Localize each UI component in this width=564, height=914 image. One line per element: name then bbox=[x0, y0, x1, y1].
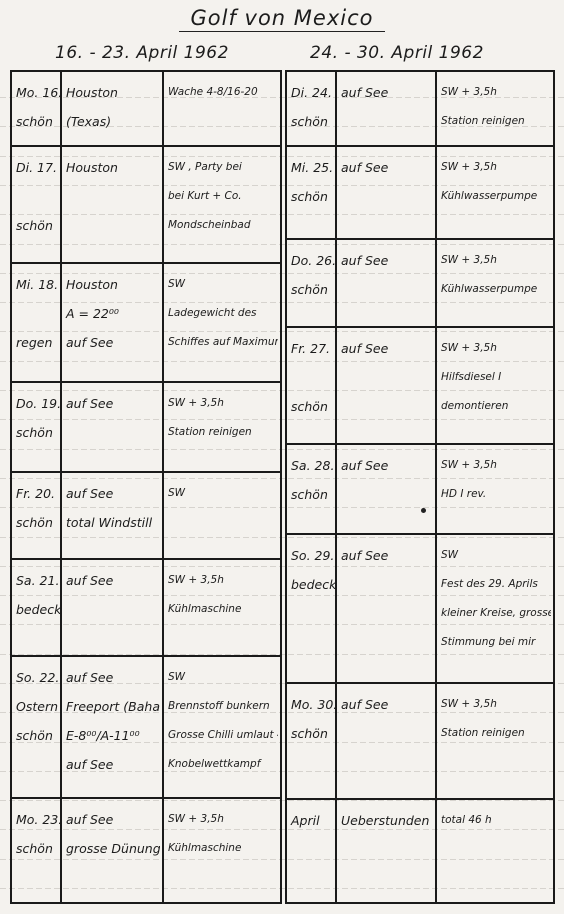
day-label: So. 29. bbox=[291, 541, 335, 570]
weather-label: schön bbox=[16, 211, 60, 240]
weather-label: schön bbox=[291, 392, 335, 421]
row-divider bbox=[10, 902, 282, 904]
day-cell: Mi. 18.regen bbox=[12, 270, 60, 381]
place-cell: auf See bbox=[337, 153, 433, 238]
notes-cell-line: SW bbox=[441, 541, 551, 570]
place-cell: auf See bbox=[62, 389, 160, 471]
notes-cell-line: Kühlwasserpumpe bbox=[441, 275, 551, 304]
column-divider bbox=[553, 70, 555, 904]
day-cell: Fr. 20.schön bbox=[12, 479, 60, 558]
notes-cell-line: bei Kurt + Co. bbox=[168, 182, 278, 211]
spacer bbox=[16, 182, 60, 211]
notes-cell: SW + 3,5hKühlwasserpumpe bbox=[437, 246, 551, 326]
place-cell: Houston bbox=[62, 153, 160, 262]
day-cell: Mi. 25.schön bbox=[287, 153, 335, 238]
place-cell-line: auf See bbox=[66, 566, 160, 595]
place-cell-line: auf See bbox=[341, 451, 433, 480]
day-cell: Mo. 23.schön bbox=[12, 805, 60, 902]
column-divider bbox=[280, 70, 282, 904]
spacer bbox=[291, 363, 335, 392]
notes-cell: SWFest des 29. Aprilskleiner Kreise, gro… bbox=[437, 541, 551, 682]
notes-cell-line: Station reinigen bbox=[441, 719, 551, 748]
place-cell-line: total Windstill bbox=[66, 508, 160, 537]
notes-cell: SWBrennstoff bunkernGrosse Chilli umlaut… bbox=[164, 663, 278, 797]
place-cell-line: E-8⁰⁰/A-11⁰⁰ bbox=[66, 721, 160, 750]
row-divider bbox=[10, 262, 282, 264]
day-label: Di. 17. bbox=[16, 153, 60, 182]
notes-cell-line: Fest des 29. Aprils bbox=[441, 570, 551, 599]
place-cell-line: auf See bbox=[341, 541, 433, 570]
day-cell: Mo. 30.schön bbox=[287, 690, 335, 798]
notes-cell-line: Knobelwettkampf bbox=[168, 750, 278, 779]
notes-cell-line: SW + 3,5h bbox=[168, 566, 278, 595]
place-cell: auf Seegrosse Dünung bbox=[62, 805, 160, 902]
row-divider bbox=[10, 381, 282, 383]
place-cell: auf See bbox=[337, 246, 433, 326]
place-cell-line: auf See bbox=[66, 389, 160, 418]
day-cell: Do. 19.schön bbox=[12, 389, 60, 471]
place-cell-line: A = 22⁰⁰ bbox=[66, 299, 160, 328]
day-cell: April bbox=[287, 806, 335, 902]
weather-label: schön bbox=[16, 418, 60, 447]
notes-cell-line: kleiner Kreise, grosse bbox=[441, 599, 551, 628]
weather-label: Ostern schön bbox=[16, 692, 56, 750]
day-cell: Fr. 27.schön bbox=[287, 334, 335, 443]
notes-cell-line: Kühlwasserpumpe bbox=[441, 182, 551, 211]
place-cell-line: auf See bbox=[341, 690, 433, 719]
weather-label: schön bbox=[291, 182, 335, 211]
notes-cell-line: SW bbox=[168, 270, 278, 299]
notes-cell-line: demontieren bbox=[441, 392, 551, 421]
place-cell: Ueberstunden bbox=[337, 806, 433, 902]
place-cell: auf See bbox=[337, 451, 433, 533]
weather-label: schön bbox=[291, 275, 335, 304]
place-cell: auf Seetotal Windstill bbox=[62, 479, 160, 558]
notes-cell-line: Mondscheinbad bbox=[168, 211, 278, 240]
notes-cell-line: Wache 4-8/16-20 bbox=[168, 78, 278, 107]
day-label: Mi. 25. bbox=[291, 153, 335, 182]
row-divider bbox=[285, 798, 555, 800]
notes-cell-line: Brennstoff bunkern bbox=[168, 692, 278, 721]
weather-label: bedeckt bbox=[16, 595, 60, 624]
place-cell: auf See bbox=[337, 78, 433, 145]
place-cell-line: auf See bbox=[341, 246, 433, 275]
weather-label: regen bbox=[16, 328, 60, 357]
notes-cell-line: Kühlmaschine bbox=[168, 834, 278, 863]
weather-label: bedeckt bbox=[291, 570, 335, 599]
notes-cell-line: SW + 3,5h bbox=[168, 805, 278, 834]
place-cell-line: auf See bbox=[66, 750, 160, 779]
day-label: Fr. 27. bbox=[291, 334, 335, 363]
day-label: Do. 26. bbox=[291, 246, 335, 275]
notes-cell-line: SW bbox=[168, 663, 278, 692]
notes-cell: SW bbox=[164, 479, 278, 558]
notes-cell-line: Kühlmaschine bbox=[168, 595, 278, 624]
notes-cell: SW + 3,5hStation reinigen bbox=[164, 389, 278, 471]
weather-label: schön bbox=[291, 719, 335, 748]
row-divider bbox=[10, 70, 282, 72]
place-cell-line: auf See bbox=[66, 663, 160, 692]
notes-cell: total 46 h bbox=[437, 806, 551, 902]
row-divider bbox=[285, 70, 555, 72]
place-cell: auf See bbox=[337, 541, 433, 682]
notes-cell-line: SW + 3,5h bbox=[441, 451, 551, 480]
day-label: Mi. 18. bbox=[16, 270, 60, 299]
place-cell: auf See bbox=[337, 334, 433, 443]
notes-cell-line: Station reinigen bbox=[168, 418, 278, 447]
place-cell-line: Houston bbox=[66, 78, 160, 107]
notes-cell-line: HD I rev. bbox=[441, 480, 551, 509]
notes-cell-line: SW + 3,5h bbox=[441, 690, 551, 719]
day-cell: Mo. 16.schön bbox=[12, 78, 60, 145]
page-title: Golf von Mexico bbox=[0, 6, 564, 30]
day-label: Mo. 16. bbox=[16, 78, 60, 107]
row-divider bbox=[285, 326, 555, 328]
notes-cell-line: Schiffes auf Maximum bbox=[168, 328, 278, 357]
day-label: April bbox=[291, 806, 335, 835]
notes-cell-line: total 46 h bbox=[441, 806, 551, 835]
place-cell-line: Freeport (Bahamas) bbox=[66, 692, 160, 721]
place-cell-line: auf See bbox=[66, 479, 160, 508]
right-date-range: 24. - 30. April 1962 bbox=[310, 43, 484, 63]
notes-cell: SW + 3,5hStation reinigen bbox=[437, 690, 551, 798]
place-cell-line: (Texas) bbox=[66, 107, 160, 136]
weather-label: schön bbox=[16, 107, 60, 136]
day-label: Mo. 23. bbox=[16, 805, 60, 834]
row-divider bbox=[285, 443, 555, 445]
notes-cell-line: Grosse Chilli umlaut 4 bbox=[168, 721, 278, 750]
row-divider bbox=[10, 558, 282, 560]
spacer bbox=[16, 299, 60, 328]
notes-cell: SW + 3,5hHilfsdiesel Idemontieren bbox=[437, 334, 551, 443]
notes-cell-line: SW + 3,5h bbox=[441, 334, 551, 363]
place-cell-line: grosse Dünung bbox=[66, 834, 160, 863]
place-cell: auf SeeFreeport (Bahamas)E-8⁰⁰/A-11⁰⁰auf… bbox=[62, 663, 160, 797]
weather-label: schön bbox=[291, 107, 335, 136]
notes-cell-line: SW + 3,5h bbox=[168, 389, 278, 418]
place-cell-line: auf See bbox=[66, 805, 160, 834]
notes-cell-line: SW , Party bei bbox=[168, 153, 278, 182]
ruled-line bbox=[0, 800, 564, 801]
row-divider bbox=[10, 471, 282, 473]
place-cell-line: Houston bbox=[66, 153, 160, 182]
row-divider bbox=[285, 682, 555, 684]
day-label: Sa. 28. bbox=[291, 451, 335, 480]
notes-cell-line: Stimmung bei mir bbox=[441, 628, 551, 657]
weather-label: schön bbox=[16, 508, 60, 537]
day-label: Fr. 20. bbox=[16, 479, 60, 508]
day-cell: So. 29.bedeckt bbox=[287, 541, 335, 682]
notes-cell: SW , Party beibei Kurt + Co.Mondscheinba… bbox=[164, 153, 278, 262]
day-label: Di. 24. bbox=[291, 78, 335, 107]
notes-cell: Wache 4-8/16-20 bbox=[164, 78, 278, 145]
row-divider bbox=[285, 902, 555, 904]
row-divider bbox=[10, 145, 282, 147]
weather-label: schön bbox=[16, 834, 60, 863]
notes-cell: SW + 3,5hKühlwasserpumpe bbox=[437, 153, 551, 238]
day-label: Do. 19. bbox=[16, 389, 60, 418]
day-cell: Di. 24.schön bbox=[287, 78, 335, 145]
day-cell: So. 22.Ostern schön bbox=[12, 663, 60, 797]
place-cell: HoustonA = 22⁰⁰auf See bbox=[62, 270, 160, 381]
notes-cell: SW + 3,5hHD I rev. bbox=[437, 451, 551, 533]
notes-cell-line: SW + 3,5h bbox=[441, 246, 551, 275]
notes-cell-line: SW bbox=[168, 479, 278, 508]
notes-cell: SWLadegewicht desSchiffes auf Maximum bbox=[164, 270, 278, 381]
place-cell-line: auf See bbox=[341, 334, 433, 363]
row-divider bbox=[285, 145, 555, 147]
notes-cell: SW + 3,5hKühlmaschine bbox=[164, 566, 278, 655]
row-divider bbox=[10, 797, 282, 799]
notes-cell-line: Station reinigen bbox=[441, 107, 551, 136]
day-cell: Do. 26.schön bbox=[287, 246, 335, 326]
left-date-range: 16. - 23. April 1962 bbox=[55, 43, 229, 63]
notes-cell: SW + 3,5hKühlmaschine bbox=[164, 805, 278, 902]
day-label: Sa. 21. bbox=[16, 566, 60, 595]
day-cell: Sa. 21.bedeckt bbox=[12, 566, 60, 655]
day-cell: Di. 17.schön bbox=[12, 153, 60, 262]
row-divider bbox=[285, 238, 555, 240]
row-divider bbox=[10, 655, 282, 657]
notes-cell-line: Hilfsdiesel I bbox=[441, 363, 551, 392]
place-cell-line: auf See bbox=[341, 78, 433, 107]
place-cell-line: Houston bbox=[66, 270, 160, 299]
place-cell-line: auf See bbox=[341, 153, 433, 182]
place-cell: auf See bbox=[62, 566, 160, 655]
notes-cell-line: SW + 3,5h bbox=[441, 153, 551, 182]
place-cell: auf See bbox=[337, 690, 433, 798]
place-cell-line: Ueberstunden bbox=[341, 806, 433, 835]
notes-cell-line: SW + 3,5h bbox=[441, 78, 551, 107]
day-label: Mo. 30. bbox=[291, 690, 335, 719]
weather-label: schön bbox=[291, 480, 335, 509]
place-cell: Houston(Texas) bbox=[62, 78, 160, 145]
notes-cell-line: Ladegewicht des bbox=[168, 299, 278, 328]
place-cell-line: auf See bbox=[66, 328, 160, 357]
ink-dot bbox=[421, 508, 426, 513]
day-label: So. 22. bbox=[16, 663, 60, 692]
notes-cell: SW + 3,5hStation reinigen bbox=[437, 78, 551, 145]
day-cell: Sa. 28.schön bbox=[287, 451, 335, 533]
row-divider bbox=[285, 533, 555, 535]
